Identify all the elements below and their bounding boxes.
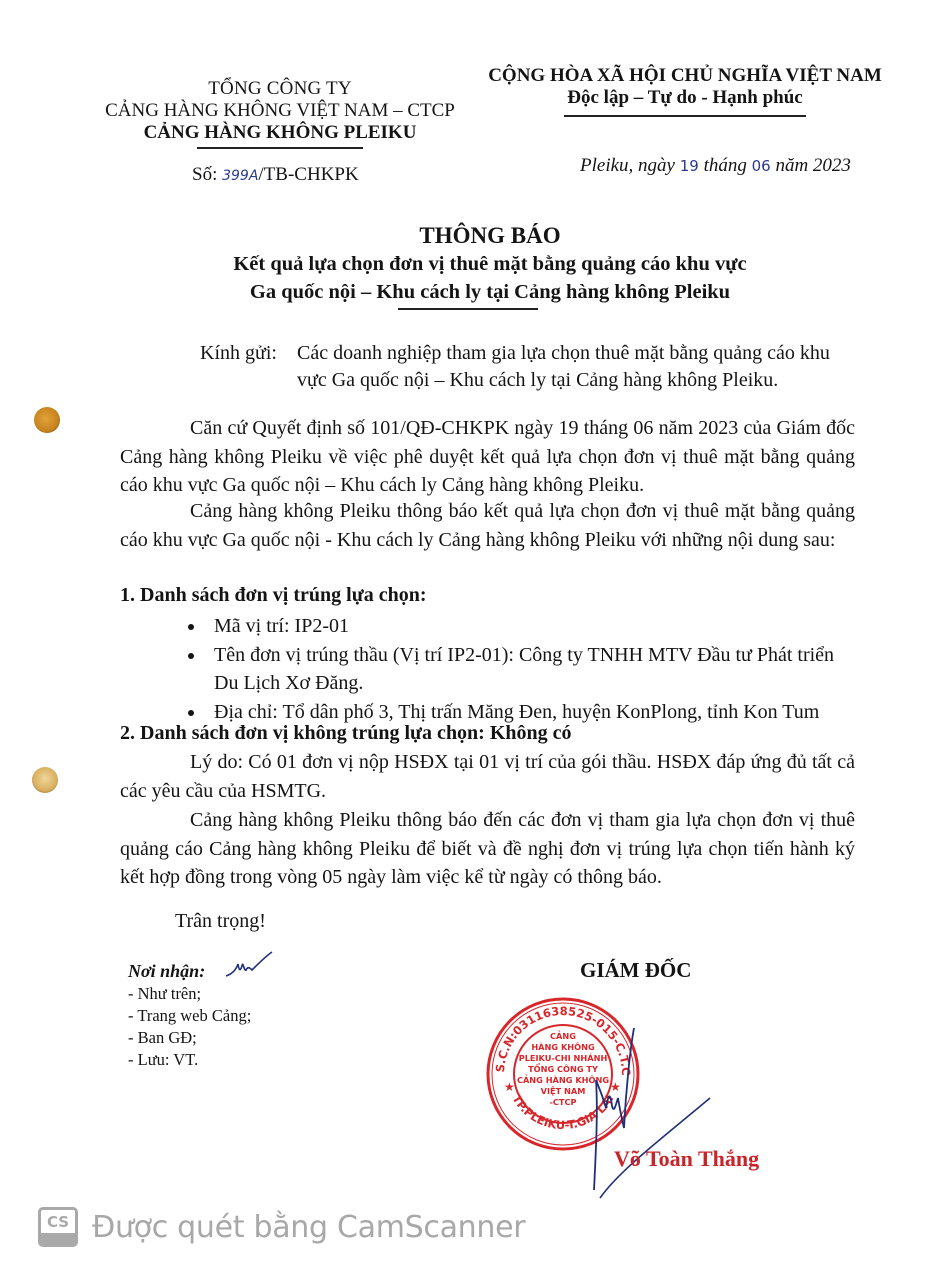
distribution-item: - Ban GĐ;: [128, 1027, 251, 1049]
bullet-icon: [188, 624, 194, 630]
national-motto: Độc lập – Tự do - Hạnh phúc: [470, 87, 900, 109]
issuer-unit: CẢNG HÀNG KHÔNG PLEIKU: [95, 122, 465, 144]
issuer-block: TỔNG CÔNG TY CẢNG HÀNG KHÔNG VIỆT NAM – …: [95, 78, 465, 149]
camscanner-label: Được quét bằng CamScanner: [92, 1210, 525, 1245]
paragraph-announcement: Cảng hàng không Pleiku thông báo kết quả…: [120, 497, 855, 554]
date-prefix: Pleiku, ngày: [580, 155, 680, 176]
issuer-underline: [197, 147, 363, 149]
list-item-text: Địa chỉ: Tổ dân phố 3, Thị trấn Măng Đen…: [214, 701, 819, 723]
camscanner-logo-icon: CS: [38, 1207, 78, 1247]
distribution-item: - Lưu: VT.: [128, 1049, 251, 1071]
document-title: THÔNG BÁO: [120, 222, 860, 250]
date-day-handwritten: 19: [680, 157, 699, 175]
camscanner-logo-text: CS: [41, 1213, 75, 1231]
bullet-icon: [188, 710, 194, 716]
paragraph-legal-basis-text: Căn cứ Quyết định số 101/QĐ-CHKPK ngày 1…: [120, 417, 855, 496]
issuer-parent: TỔNG CÔNG TY: [95, 78, 465, 100]
document-title-block: THÔNG BÁO Kết quả lựa chọn đơn vị thuê m…: [120, 222, 860, 310]
signer-title: GIÁM ĐỐC: [580, 958, 691, 983]
distribution-block: Nơi nhận: - Như trên; - Trang web Cảng; …: [128, 960, 251, 1071]
issuer-corporation: CẢNG HÀNG KHÔNG VIỆT NAM – CTCP: [95, 100, 465, 122]
paragraph-announcement-text: Cảng hàng không Pleiku thông báo kết quả…: [120, 500, 855, 551]
addressee-label: Kính gửi:: [200, 340, 277, 367]
document-subtitle-line1: Kết quả lựa chọn đơn vị thuê mặt bằng qu…: [120, 250, 860, 278]
distribution-item: - Trang web Cảng;: [128, 1005, 251, 1027]
date-year: năm 2023: [771, 155, 851, 176]
distribution-item: - Như trên;: [128, 983, 251, 1005]
bullet-icon: [188, 653, 194, 659]
date-month-label: tháng: [699, 155, 752, 176]
star-icon: ★: [504, 1080, 515, 1094]
winners-list: Mã vị trí: IP2-01 Tên đơn vị trúng thầu …: [180, 612, 860, 726]
doc-number-suffix: /TB-CHKPK: [258, 164, 358, 185]
section-non-winners-heading: 2. Danh sách đơn vị không trúng lựa chọn…: [120, 722, 572, 745]
document-subtitle-line2: Ga quốc nội – Khu cách ly tại Cảng hàng …: [120, 278, 860, 306]
date-month-handwritten: 06: [752, 157, 771, 175]
doc-number-handwritten: 399A: [222, 168, 258, 184]
document-number: Số: 399A/TB-CHKPK: [192, 164, 359, 186]
initials-signature-icon: [224, 950, 274, 982]
list-item: Tên đơn vị trúng thầu (Vị trí IP2-01): C…: [180, 641, 860, 698]
country-name: CỘNG HÒA XÃ HỘI CHỦ NGHĨA VIỆT NAM: [470, 65, 900, 87]
paragraph-reason: Lý do: Có 01 đơn vị nộp HSĐX tại 01 vị t…: [120, 748, 855, 805]
closing-salutation: Trân trọng!: [175, 910, 266, 933]
punch-hole-top: [34, 407, 60, 433]
list-item-text: Mã vị trí: IP2-01: [214, 615, 349, 637]
signer-name: Võ Toàn Thắng: [614, 1146, 759, 1172]
paragraph-request: Cảng hàng không Pleiku thông báo đến các…: [120, 806, 855, 892]
camscanner-watermark: CS Được quét bằng CamScanner: [38, 1205, 525, 1249]
paragraph-reason-text: Lý do: Có 01 đơn vị nộp HSĐX tại 01 vị t…: [120, 751, 855, 802]
paragraph-legal-basis: Căn cứ Quyết định số 101/QĐ-CHKPK ngày 1…: [120, 414, 855, 500]
paragraph-request-text: Cảng hàng không Pleiku thông báo đến các…: [120, 809, 855, 888]
date-line: Pleiku, ngày 19 tháng 06 năm 2023: [580, 155, 851, 177]
addressee-text: Các doanh nghiệp tham gia lựa chọn thuê …: [297, 340, 857, 394]
punch-hole-bottom: [32, 767, 58, 793]
list-item: Mã vị trí: IP2-01: [180, 612, 860, 641]
camscanner-logo-bar: [41, 1233, 75, 1244]
list-item-text: Tên đơn vị trúng thầu (Vị trí IP2-01): C…: [214, 644, 834, 695]
motto-underline: [564, 115, 806, 117]
national-header: CỘNG HÒA XÃ HỘI CHỦ NGHĨA VIỆT NAM Độc l…: [470, 65, 900, 117]
distribution-label: Nơi nhận:: [128, 961, 205, 981]
doc-number-prefix: Số:: [192, 164, 222, 185]
director-signature-icon: [560, 1020, 720, 1200]
section-winners-heading: 1. Danh sách đơn vị trúng lựa chọn:: [120, 584, 426, 607]
title-underline: [398, 308, 538, 310]
